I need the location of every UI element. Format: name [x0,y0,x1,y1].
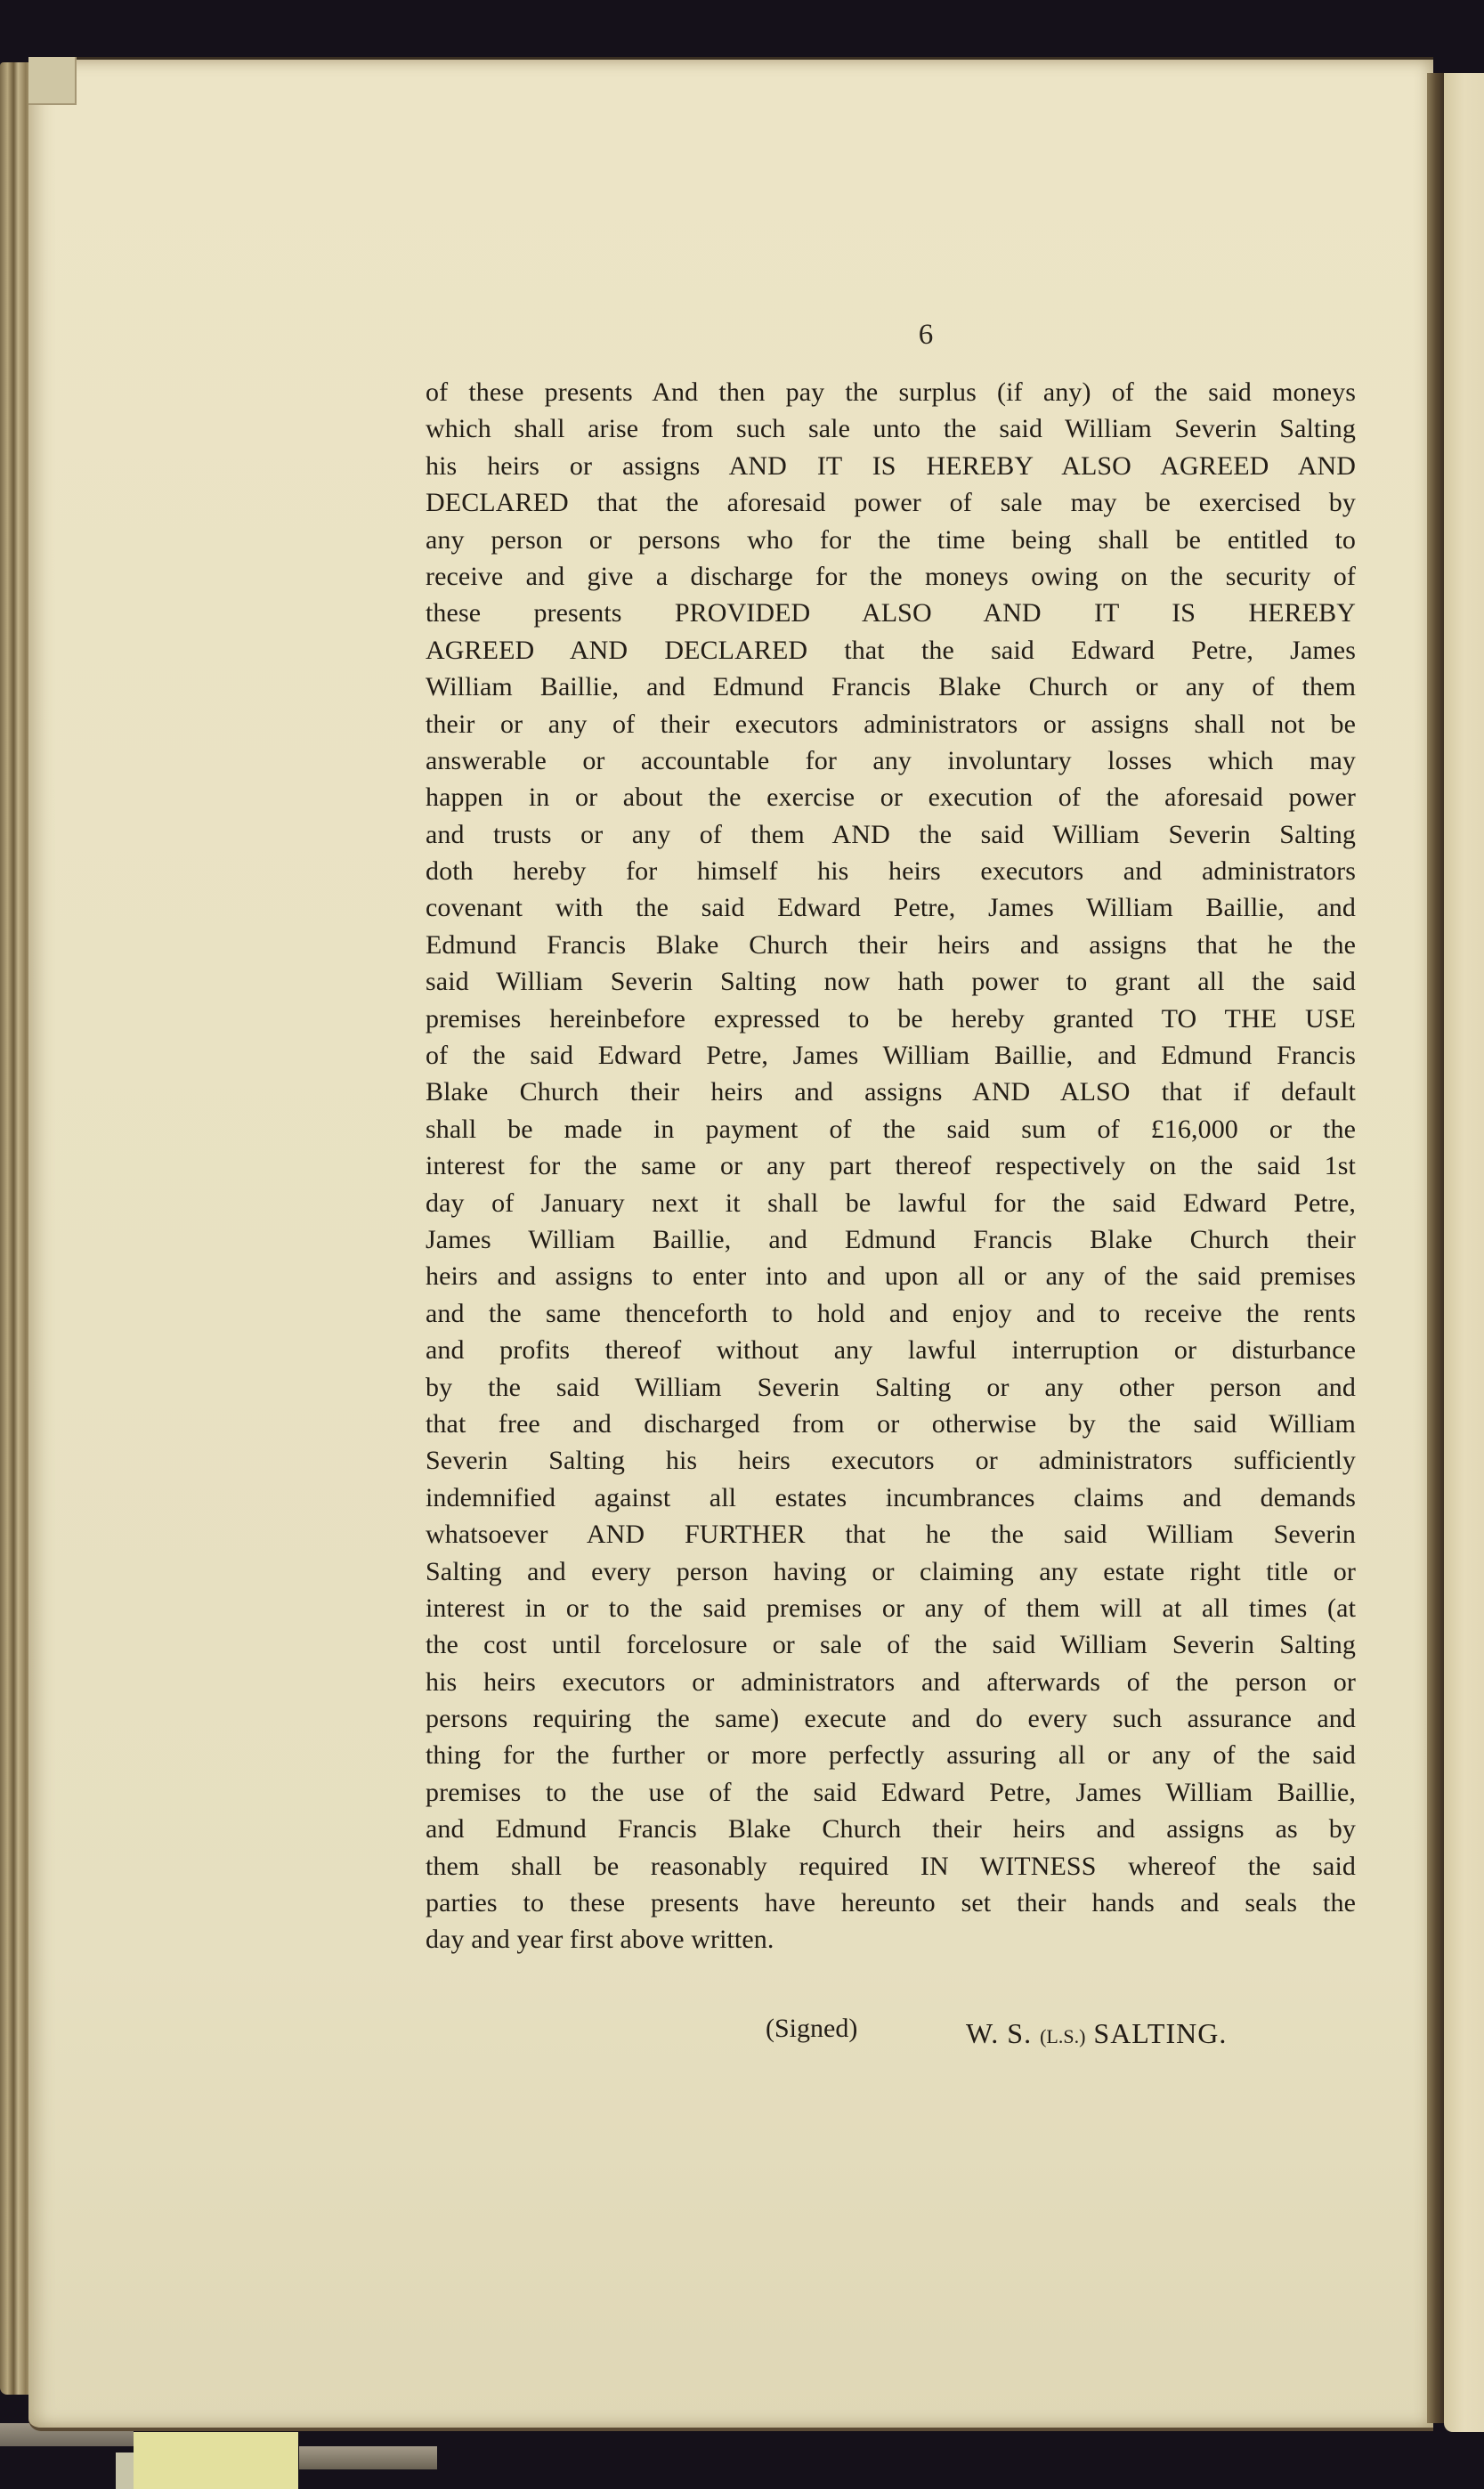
text-line: any person or persons who for the time b… [426,522,1356,558]
text-line: James William Baillie, and Edmund Franci… [426,1221,1356,1258]
signatory-surname: SALTING. [1093,2017,1227,2049]
text-line: William Baillie, and Edmund Francis Blak… [426,669,1356,705]
text-line: Blake Church their heirs and assigns AND… [426,1074,1356,1110]
signatory-name: W. S. (L.S.) SALTING. [966,2017,1227,2050]
signature-block: (Signed) W. S. (L.S.) SALTING. [766,2014,1335,2058]
text-line: premises to the use of the said Edward P… [426,1774,1356,1811]
text-line: happen in or about the exercise or execu… [426,779,1356,815]
text-line: of these presents And then pay the surpl… [426,374,1356,410]
text-line: indemnified against all estates incumbra… [426,1480,1356,1516]
text-line: said William Severin Salting now hath po… [426,963,1356,1000]
text-line: interest in or to the said premises or a… [426,1590,1356,1626]
text-line: DECLARED that the aforesaid power of sal… [426,484,1356,521]
text-line: and trusts or any of them AND the said W… [426,816,1356,853]
text-line-final: day and year first above written. [426,1921,1356,1958]
text-line: premises hereinbefore expressed to be he… [426,1001,1356,1037]
text-line: whatsoever AND FURTHER that he the said … [426,1516,1356,1553]
text-line: parties to these presents have hereunto … [426,1885,1356,1921]
text-line: doth hereby for himself his heirs execut… [426,853,1356,889]
text-line: thing for the further or more perfectly … [426,1737,1356,1773]
text-line: that free and discharged from or otherwi… [426,1406,1356,1442]
adjacent-page-edge [1444,73,1484,2432]
text-line: of the said Edward Petre, James William … [426,1037,1356,1074]
text-line: covenant with the said Edward Petre, Jam… [426,889,1356,926]
text-line: AGREED AND DECLARED that the said Edward… [426,632,1356,669]
text-line: by the said William Severin Salting or a… [426,1369,1356,1406]
text-line: interest for the same or any part thereo… [426,1147,1356,1184]
text-line: answerable or accountable for any involu… [426,742,1356,779]
text-line: heirs and assigns to enter into and upon… [426,1258,1356,1294]
text-line: Salting and every person having or claim… [426,1553,1356,1590]
folded-page-corner [28,57,77,105]
text-line: and the same thenceforth to hold and enj… [426,1295,1356,1332]
text-line: his heirs or assigns AND IT IS HEREBY AL… [426,448,1356,484]
text-line: which shall arise from such sale unto th… [426,410,1356,447]
text-line: the cost until forcelosure or sale of th… [426,1626,1356,1663]
seal-mark: (L.S.) [1040,2025,1085,2047]
signatory-initials: W. S. [966,2017,1032,2049]
text-line: persons requiring the same) execute and … [426,1700,1356,1737]
text-line: and Edmund Francis Blake Church their he… [426,1811,1356,1847]
underlying-page-edge-right [299,2446,437,2469]
text-line: these presents PROVIDED ALSO AND IT IS H… [426,595,1356,631]
deed-body-text: of these presents And then pay the surpl… [426,374,1356,1958]
text-line: Edmund Francis Blake Church their heirs … [426,927,1356,963]
text-line: shall be made in payment of the said sum… [426,1111,1356,1147]
page-number: 6 [436,319,1415,352]
bookmark-shadow [116,2453,134,2489]
page-gutter [1427,73,1445,2423]
signed-label: (Signed) [766,2014,857,2044]
text-line: day of January next it shall be lawful f… [426,1185,1356,1221]
text-line: receive and give a discharge for the mon… [426,558,1356,595]
text-line: their or any of their executors administ… [426,706,1356,742]
text-line: his heirs executors or administrators an… [426,1664,1356,1700]
text-line: Severin Salting his heirs executors or a… [426,1442,1356,1479]
bookmark-slip [134,2432,298,2489]
book-binding-edge [0,62,30,2395]
text-line: and profits thereof without any lawful i… [426,1332,1356,1368]
text-line: them shall be reasonably required IN WIT… [426,1848,1356,1885]
